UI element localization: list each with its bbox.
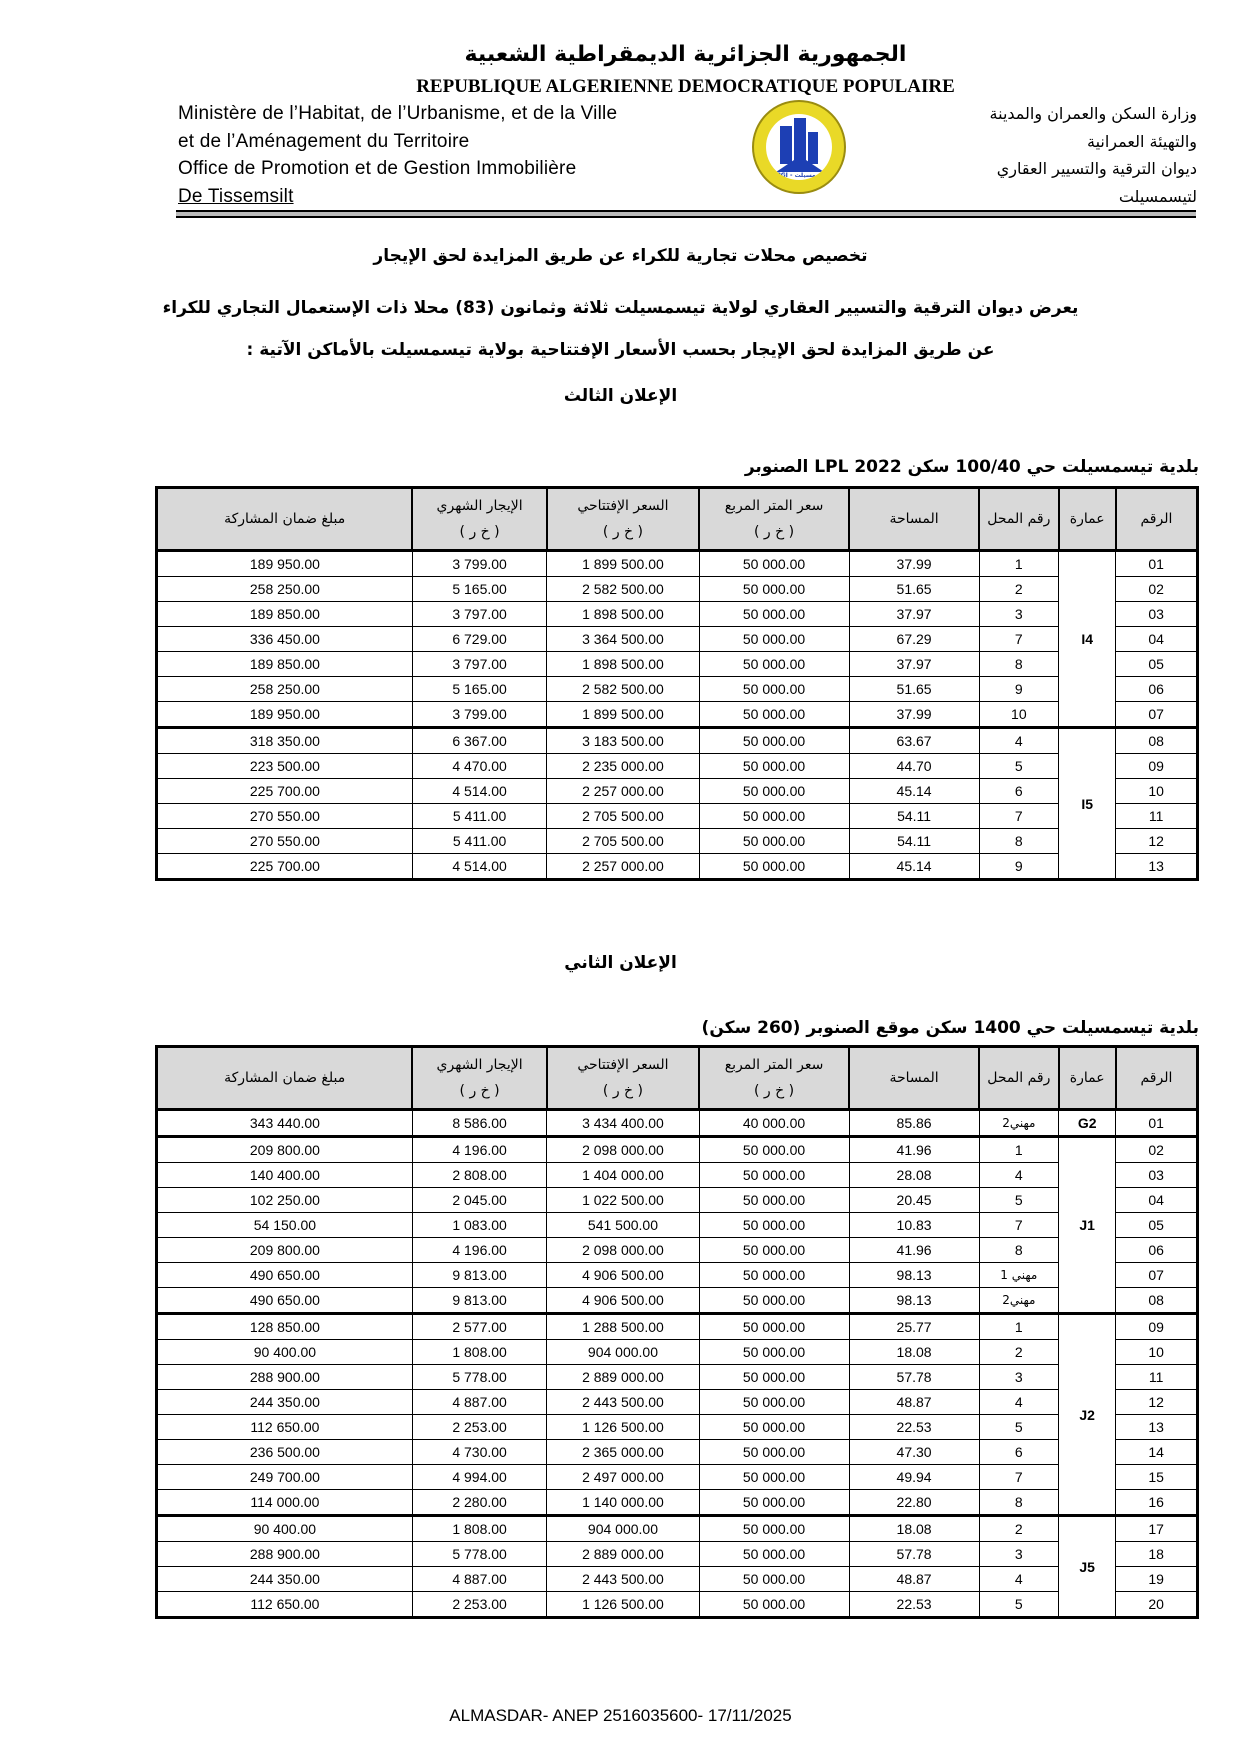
opening-price-cell: 3 434 400.00 [547, 1110, 699, 1137]
row-number-cell: 05 [1116, 1213, 1198, 1238]
monthly-rent-cell: 4 196.00 [412, 1137, 547, 1163]
price-m2-cell: 50 000.00 [699, 1440, 849, 1465]
table-row: 54 150.001 083.00541 500.0050 000.0010.8… [157, 1213, 1198, 1238]
price-m2-cell: 50 000.00 [699, 1314, 849, 1340]
deposit-cell: 490 650.00 [157, 1263, 413, 1288]
opening-price-cell: 1 140 000.00 [547, 1490, 699, 1516]
building-cell: I5 [1059, 728, 1116, 880]
price-m2-cell: 50 000.00 [699, 1137, 849, 1163]
building-cell: J1 [1059, 1137, 1116, 1314]
deposit-cell: 189 850.00 [157, 652, 413, 677]
table-row: 112 650.002 253.001 126 500.0050 000.002… [157, 1415, 1198, 1440]
opening-price-cell: 4 906 500.00 [547, 1263, 699, 1288]
table-1400-sanaubar: مبلغ ضمان المشاركة الإيجار الشهري( خ ر )… [155, 1045, 1199, 1619]
monthly-rent-cell: 3 799.00 [412, 702, 547, 728]
opening-price-cell: 1 404 000.00 [547, 1163, 699, 1188]
area-cell: 20.45 [849, 1188, 979, 1213]
opening-price-cell: 1 126 500.00 [547, 1415, 699, 1440]
opening-price-cell: 3 183 500.00 [547, 728, 699, 754]
opening-price-cell: 541 500.00 [547, 1213, 699, 1238]
area-cell: 25.77 [849, 1314, 979, 1340]
opening-price-cell: 1 126 500.00 [547, 1592, 699, 1618]
office-ar-line-1: ديوان الترقية والتسيير العقاري [990, 155, 1197, 183]
opening-price-cell: 2 443 500.00 [547, 1567, 699, 1592]
shop-no-cell: 4 [979, 1163, 1058, 1188]
row-number-cell: 16 [1116, 1490, 1198, 1516]
monthly-rent-cell: 4 514.00 [412, 854, 547, 880]
table-row: 288 900.005 778.002 889 000.0050 000.005… [157, 1542, 1198, 1567]
row-number-cell: 10 [1116, 1340, 1198, 1365]
row-number-cell: 05 [1116, 652, 1198, 677]
deposit-cell: 225 700.00 [157, 854, 413, 880]
shop-no-cell: 4 [979, 1390, 1058, 1415]
deposit-cell: 336 450.00 [157, 627, 413, 652]
table-row: 209 800.004 196.002 098 000.0050 000.004… [157, 1137, 1198, 1163]
area-cell: 22.80 [849, 1490, 979, 1516]
table-row: 244 350.004 887.002 443 500.0050 000.004… [157, 1567, 1198, 1592]
monthly-rent-cell: 3 799.00 [412, 551, 547, 577]
deposit-cell: 189 950.00 [157, 551, 413, 577]
price-m2-cell: 50 000.00 [699, 1567, 849, 1592]
col-price-m2: سعر المتر المربع( خ ر ) [699, 488, 849, 551]
row-number-cell: 04 [1116, 1188, 1198, 1213]
building-cell: G2 [1059, 1110, 1116, 1137]
table2-body: 343 440.008 586.003 434 400.0040 000.008… [157, 1110, 1198, 1618]
col-area: المساحة [849, 1047, 979, 1110]
deposit-cell: 128 850.00 [157, 1314, 413, 1340]
table1-caption: بلدية تيسمسيلت حي 100/40 سكن 2022 LPL ال… [745, 457, 1199, 477]
row-number-cell: 03 [1116, 1163, 1198, 1188]
opening-price-cell: 1 898 500.00 [547, 602, 699, 627]
table-row: 225 700.004 514.002 257 000.0050 000.004… [157, 779, 1198, 804]
col-opening-price: السعر الإفتتاحي( خ ر ) [547, 1047, 699, 1110]
deposit-cell: 189 950.00 [157, 702, 413, 728]
table-row: 244 350.004 887.002 443 500.0050 000.004… [157, 1390, 1198, 1415]
col-shop-no: رقم المحل [979, 1047, 1058, 1110]
area-cell: 22.53 [849, 1592, 979, 1618]
row-number-cell: 13 [1116, 854, 1198, 880]
price-m2-cell: 50 000.00 [699, 1238, 849, 1263]
opening-price-cell: 2 365 000.00 [547, 1440, 699, 1465]
shop-no-cell: 4 [979, 728, 1058, 754]
shop-no-cell: 6 [979, 779, 1058, 804]
header-right-block: وزارة السكن والعمران والمدينة والتهيئة ا… [990, 100, 1197, 210]
monthly-rent-cell: 6 367.00 [412, 728, 547, 754]
area-cell: 45.14 [849, 779, 979, 804]
opening-price-cell: 1 899 500.00 [547, 702, 699, 728]
monthly-rent-cell: 4 730.00 [412, 1440, 547, 1465]
area-cell: 44.70 [849, 754, 979, 779]
row-number-cell: 09 [1116, 1314, 1198, 1340]
row-number-cell: 01 [1116, 551, 1198, 577]
opening-price-cell: 1 898 500.00 [547, 652, 699, 677]
price-m2-cell: 50 000.00 [699, 627, 849, 652]
table-row: 288 900.005 778.002 889 000.0050 000.005… [157, 1365, 1198, 1390]
price-m2-cell: 50 000.00 [699, 652, 849, 677]
area-cell: 28.08 [849, 1163, 979, 1188]
price-m2-cell: 50 000.00 [699, 677, 849, 702]
price-m2-cell: 50 000.00 [699, 1288, 849, 1314]
row-number-cell: 09 [1116, 754, 1198, 779]
deposit-cell: 225 700.00 [157, 779, 413, 804]
opgi-logo: OPGI - تيسمسيلت [752, 100, 846, 194]
shop-no-cell: 3 [979, 602, 1058, 627]
row-number-cell: 04 [1116, 627, 1198, 652]
row-number-cell: 14 [1116, 1440, 1198, 1465]
opening-price-cell: 1 288 500.00 [547, 1314, 699, 1340]
monthly-rent-cell: 4 887.00 [412, 1567, 547, 1592]
table-row: 128 850.002 577.001 288 500.0050 000.002… [157, 1314, 1198, 1340]
notice-body-line-2: عن طريق المزايدة لحق الإيجار بحسب الأسعا… [0, 340, 1241, 360]
area-cell: 54.11 [849, 804, 979, 829]
opening-price-cell: 2 235 000.00 [547, 754, 699, 779]
row-number-cell: 20 [1116, 1592, 1198, 1618]
table-row: 90 400.001 808.00904 000.0050 000.0018.0… [157, 1340, 1198, 1365]
ministry-line-1: Ministère de l’Habitat, de l’Urbanisme, … [178, 100, 617, 128]
price-m2-cell: 50 000.00 [699, 1465, 849, 1490]
row-number-cell: 02 [1116, 1137, 1198, 1163]
row-number-cell: 01 [1116, 1110, 1198, 1137]
shop-no-cell: 2 [979, 577, 1058, 602]
shop-no-cell: 1 [979, 551, 1058, 577]
shop-no-cell: 7 [979, 1465, 1058, 1490]
monthly-rent-cell: 9 813.00 [412, 1288, 547, 1314]
price-m2-cell: 50 000.00 [699, 779, 849, 804]
area-cell: 49.94 [849, 1465, 979, 1490]
area-cell: 37.99 [849, 702, 979, 728]
announcement-second: الإعلان الثاني [0, 953, 1241, 973]
monthly-rent-cell: 1 808.00 [412, 1340, 547, 1365]
header-left-block: Ministère de l’Habitat, de l’Urbanisme, … [178, 100, 617, 210]
price-m2-cell: 50 000.00 [699, 829, 849, 854]
shop-no-cell: 10 [979, 702, 1058, 728]
deposit-cell: 114 000.00 [157, 1490, 413, 1516]
monthly-rent-cell: 1 083.00 [412, 1213, 547, 1238]
row-number-cell: 06 [1116, 1238, 1198, 1263]
price-m2-cell: 50 000.00 [699, 1542, 849, 1567]
table-row: 90 400.001 808.00904 000.0050 000.0018.0… [157, 1516, 1198, 1542]
table-row: 258 250.005 165.002 582 500.0050 000.005… [157, 677, 1198, 702]
shop-no-cell: مهني2 [979, 1288, 1058, 1314]
area-cell: 10.83 [849, 1213, 979, 1238]
monthly-rent-cell: 5 165.00 [412, 577, 547, 602]
shop-no-cell: 3 [979, 1365, 1058, 1390]
row-number-cell: 12 [1116, 829, 1198, 854]
table-row: 270 550.005 411.002 705 500.0050 000.005… [157, 829, 1198, 854]
price-m2-cell: 50 000.00 [699, 1188, 849, 1213]
opening-price-cell: 1 899 500.00 [547, 551, 699, 577]
price-m2-cell: 50 000.00 [699, 804, 849, 829]
opening-price-cell: 2 098 000.00 [547, 1238, 699, 1263]
price-m2-cell: 50 000.00 [699, 1213, 849, 1238]
price-m2-cell: 50 000.00 [699, 702, 849, 728]
price-m2-cell: 50 000.00 [699, 1263, 849, 1288]
table2-caption: بلدية تيسمسيلت حي 1400 سكن موقع الصنوبر … [702, 1018, 1199, 1038]
deposit-cell: 140 400.00 [157, 1163, 413, 1188]
price-m2-cell: 50 000.00 [699, 1415, 849, 1440]
office-ar-line-2: لتيسمسيلت [990, 183, 1197, 211]
deposit-cell: 258 250.00 [157, 677, 413, 702]
row-number-cell: 10 [1116, 779, 1198, 804]
area-cell: 41.96 [849, 1137, 979, 1163]
price-m2-cell: 50 000.00 [699, 1490, 849, 1516]
announcement-third: الإعلان الثالث [0, 386, 1241, 406]
opening-price-cell: 904 000.00 [547, 1516, 699, 1542]
opening-price-cell: 2 257 000.00 [547, 779, 699, 804]
monthly-rent-cell: 1 808.00 [412, 1516, 547, 1542]
deposit-cell: 258 250.00 [157, 577, 413, 602]
monthly-rent-cell: 5 778.00 [412, 1365, 547, 1390]
price-m2-cell: 40 000.00 [699, 1110, 849, 1137]
opening-price-cell: 2 443 500.00 [547, 1390, 699, 1415]
building-cell: J2 [1059, 1314, 1116, 1516]
price-m2-cell: 50 000.00 [699, 728, 849, 754]
col-num: الرقم [1116, 1047, 1198, 1110]
deposit-cell: 54 150.00 [157, 1213, 413, 1238]
price-m2-cell: 50 000.00 [699, 602, 849, 627]
price-m2-cell: 50 000.00 [699, 551, 849, 577]
shop-no-cell: 1 [979, 1314, 1058, 1340]
monthly-rent-cell: 4 470.00 [412, 754, 547, 779]
monthly-rent-cell: 2 045.00 [412, 1188, 547, 1213]
monthly-rent-cell: 2 808.00 [412, 1163, 547, 1188]
deposit-cell: 270 550.00 [157, 829, 413, 854]
area-cell: 57.78 [849, 1365, 979, 1390]
table-row: 114 000.002 280.001 140 000.0050 000.002… [157, 1490, 1198, 1516]
opening-price-cell: 1 022 500.00 [547, 1188, 699, 1213]
area-cell: 45.14 [849, 854, 979, 880]
table1-body: 189 950.003 799.001 899 500.0050 000.003… [157, 551, 1198, 880]
area-cell: 41.96 [849, 1238, 979, 1263]
deposit-cell: 270 550.00 [157, 804, 413, 829]
row-number-cell: 15 [1116, 1465, 1198, 1490]
area-cell: 48.87 [849, 1390, 979, 1415]
shop-no-cell: 7 [979, 1213, 1058, 1238]
shop-no-cell: 5 [979, 754, 1058, 779]
deposit-cell: 343 440.00 [157, 1110, 413, 1137]
deposit-cell: 288 900.00 [157, 1365, 413, 1390]
price-m2-cell: 50 000.00 [699, 1592, 849, 1618]
table-row: 209 800.004 196.002 098 000.0050 000.004… [157, 1238, 1198, 1263]
deposit-cell: 102 250.00 [157, 1188, 413, 1213]
price-m2-cell: 50 000.00 [699, 754, 849, 779]
row-number-cell: 11 [1116, 1365, 1198, 1390]
row-number-cell: 17 [1116, 1516, 1198, 1542]
area-cell: 22.53 [849, 1415, 979, 1440]
logo-text: OPGI - تيسمسيلت [766, 172, 832, 179]
area-cell: 63.67 [849, 728, 979, 754]
shop-no-cell: 8 [979, 1490, 1058, 1516]
shop-no-cell: 9 [979, 677, 1058, 702]
col-opening-price: السعر الإفتتاحي( خ ر ) [547, 488, 699, 551]
deposit-cell: 249 700.00 [157, 1465, 413, 1490]
ministry-ar-line-2: والتهيئة العمرانية [990, 128, 1197, 156]
row-number-cell: 11 [1116, 804, 1198, 829]
table-row: 189 850.003 797.001 898 500.0050 000.003… [157, 652, 1198, 677]
col-area: المساحة [849, 488, 979, 551]
shop-no-cell: 2 [979, 1516, 1058, 1542]
area-cell: 37.97 [849, 602, 979, 627]
table-row: 189 850.003 797.001 898 500.0050 000.003… [157, 602, 1198, 627]
table-row: 140 400.002 808.001 404 000.0050 000.002… [157, 1163, 1198, 1188]
table-row: 189 950.003 799.001 899 500.0050 000.003… [157, 551, 1198, 577]
ministry-ar-line-1: وزارة السكن والعمران والمدينة [990, 100, 1197, 128]
deposit-cell: 236 500.00 [157, 1440, 413, 1465]
monthly-rent-cell: 2 280.00 [412, 1490, 547, 1516]
table-row: 270 550.005 411.002 705 500.0050 000.005… [157, 804, 1198, 829]
opening-price-cell: 904 000.00 [547, 1340, 699, 1365]
building-cell: J5 [1059, 1516, 1116, 1618]
monthly-rent-cell: 5 411.00 [412, 829, 547, 854]
area-cell: 98.13 [849, 1263, 979, 1288]
col-num: الرقم [1116, 488, 1198, 551]
row-number-cell: 07 [1116, 702, 1198, 728]
table-row: 223 500.004 470.002 235 000.0050 000.004… [157, 754, 1198, 779]
opening-price-cell: 2 098 000.00 [547, 1137, 699, 1163]
price-m2-cell: 50 000.00 [699, 1365, 849, 1390]
notice-title: تخصيص محلات تجارية للكراء عن طريق المزاي… [0, 246, 1241, 266]
col-building: عمارة [1059, 488, 1116, 551]
opening-price-cell: 2 257 000.00 [547, 854, 699, 880]
deposit-cell: 244 350.00 [157, 1390, 413, 1415]
monthly-rent-cell: 5 778.00 [412, 1542, 547, 1567]
price-m2-cell: 50 000.00 [699, 1340, 849, 1365]
row-number-cell: 06 [1116, 677, 1198, 702]
building-logo-icon: OPGI - تيسمسيلت [766, 114, 832, 180]
opening-price-cell: 3 364 500.00 [547, 627, 699, 652]
ministry-line-2: et de l’Aménagement du Territoire [178, 128, 617, 156]
monthly-rent-cell: 4 514.00 [412, 779, 547, 804]
deposit-cell: 490 650.00 [157, 1288, 413, 1314]
deposit-cell: 209 800.00 [157, 1137, 413, 1163]
shop-no-cell: مهني 1 [979, 1263, 1058, 1288]
table-row: 318 350.006 367.003 183 500.0050 000.006… [157, 728, 1198, 754]
monthly-rent-cell: 6 729.00 [412, 627, 547, 652]
area-cell: 85.86 [849, 1110, 979, 1137]
monthly-rent-cell: 5 165.00 [412, 677, 547, 702]
price-m2-cell: 50 000.00 [699, 577, 849, 602]
area-cell: 37.99 [849, 551, 979, 577]
area-cell: 51.65 [849, 677, 979, 702]
price-m2-cell: 50 000.00 [699, 1390, 849, 1415]
monthly-rent-cell: 4 887.00 [412, 1390, 547, 1415]
table-row: 258 250.005 165.002 582 500.0050 000.005… [157, 577, 1198, 602]
col-monthly-rent: الإيجار الشهري( خ ر ) [412, 1047, 547, 1110]
col-price-m2: سعر المتر المربع( خ ر ) [699, 1047, 849, 1110]
opening-price-cell: 2 497 000.00 [547, 1465, 699, 1490]
office-line-2: De Tissemsilt [178, 183, 617, 211]
notice-body-line-1: يعرض ديوان الترقية والتسيير العقاري لولا… [0, 298, 1241, 318]
monthly-rent-cell: 3 797.00 [412, 652, 547, 677]
shop-no-cell: 1 [979, 1137, 1058, 1163]
row-number-cell: 08 [1116, 728, 1198, 754]
monthly-rent-cell: 2 253.00 [412, 1415, 547, 1440]
col-building: عمارة [1059, 1047, 1116, 1110]
opening-price-cell: 4 906 500.00 [547, 1288, 699, 1314]
deposit-cell: 244 350.00 [157, 1567, 413, 1592]
monthly-rent-cell: 2 577.00 [412, 1314, 547, 1340]
shop-no-cell: 3 [979, 1542, 1058, 1567]
monthly-rent-cell: 3 797.00 [412, 602, 547, 627]
table-row: 249 700.004 994.002 497 000.0050 000.004… [157, 1465, 1198, 1490]
deposit-cell: 223 500.00 [157, 754, 413, 779]
area-cell: 57.78 [849, 1542, 979, 1567]
area-cell: 48.87 [849, 1567, 979, 1592]
price-m2-cell: 50 000.00 [699, 854, 849, 880]
table-row: 189 950.003 799.001 899 500.0050 000.003… [157, 702, 1198, 728]
header-divider [176, 210, 1196, 218]
opening-price-cell: 2 889 000.00 [547, 1365, 699, 1390]
area-cell: 67.29 [849, 627, 979, 652]
arabic-republic-title: الجمهورية الجزائرية الديمقراطية الشعبية [0, 42, 1241, 67]
deposit-cell: 90 400.00 [157, 1516, 413, 1542]
opening-price-cell: 2 889 000.00 [547, 1542, 699, 1567]
row-number-cell: 02 [1116, 577, 1198, 602]
row-number-cell: 07 [1116, 1263, 1198, 1288]
shop-no-cell: 7 [979, 804, 1058, 829]
monthly-rent-cell: 9 813.00 [412, 1263, 547, 1288]
monthly-rent-cell: 4 196.00 [412, 1238, 547, 1263]
shop-no-cell: مهني2 [979, 1110, 1058, 1137]
shop-no-cell: 4 [979, 1567, 1058, 1592]
table-row: 102 250.002 045.001 022 500.0050 000.002… [157, 1188, 1198, 1213]
row-number-cell: 12 [1116, 1390, 1198, 1415]
opening-price-cell: 2 582 500.00 [547, 677, 699, 702]
shop-no-cell: 7 [979, 627, 1058, 652]
price-m2-cell: 50 000.00 [699, 1163, 849, 1188]
deposit-cell: 112 650.00 [157, 1415, 413, 1440]
col-monthly-rent: الإيجار الشهري( خ ر ) [412, 488, 547, 551]
area-cell: 47.30 [849, 1440, 979, 1465]
office-line-1: Office de Promotion et de Gestion Immobi… [178, 155, 617, 183]
table-row: 490 650.009 813.004 906 500.0050 000.009… [157, 1263, 1198, 1288]
table-lpl-sanaubar: مبلغ ضمان المشاركة الإيجار الشهري( خ ر )… [155, 486, 1199, 881]
deposit-cell: 288 900.00 [157, 1542, 413, 1567]
shop-no-cell: 8 [979, 829, 1058, 854]
area-cell: 54.11 [849, 829, 979, 854]
area-cell: 98.13 [849, 1288, 979, 1314]
area-cell: 51.65 [849, 577, 979, 602]
table-row: 343 440.008 586.003 434 400.0040 000.008… [157, 1110, 1198, 1137]
table-row: 336 450.006 729.003 364 500.0050 000.006… [157, 627, 1198, 652]
col-deposit: مبلغ ضمان المشاركة [157, 1047, 413, 1110]
shop-no-cell: 6 [979, 1440, 1058, 1465]
deposit-cell: 112 650.00 [157, 1592, 413, 1618]
monthly-rent-cell: 5 411.00 [412, 804, 547, 829]
shop-no-cell: 2 [979, 1340, 1058, 1365]
table-row: 490 650.009 813.004 906 500.0050 000.009… [157, 1288, 1198, 1314]
row-number-cell: 13 [1116, 1415, 1198, 1440]
area-cell: 37.97 [849, 652, 979, 677]
shop-no-cell: 8 [979, 1238, 1058, 1263]
shop-no-cell: 5 [979, 1415, 1058, 1440]
area-cell: 18.08 [849, 1516, 979, 1542]
french-republic-title: REPUBLIQUE ALGERIENNE DEMOCRATIQUE POPUL… [0, 76, 1241, 98]
deposit-cell: 209 800.00 [157, 1238, 413, 1263]
deposit-cell: 90 400.00 [157, 1340, 413, 1365]
shop-no-cell: 5 [979, 1188, 1058, 1213]
row-number-cell: 18 [1116, 1542, 1198, 1567]
shop-no-cell: 8 [979, 652, 1058, 677]
price-m2-cell: 50 000.00 [699, 1516, 849, 1542]
monthly-rent-cell: 2 253.00 [412, 1592, 547, 1618]
shop-no-cell: 9 [979, 854, 1058, 880]
opening-price-cell: 2 705 500.00 [547, 829, 699, 854]
table-row: 225 700.004 514.002 257 000.0050 000.004… [157, 854, 1198, 880]
opening-price-cell: 2 705 500.00 [547, 804, 699, 829]
table-row: 112 650.002 253.001 126 500.0050 000.002… [157, 1592, 1198, 1618]
building-cell: I4 [1059, 551, 1116, 728]
